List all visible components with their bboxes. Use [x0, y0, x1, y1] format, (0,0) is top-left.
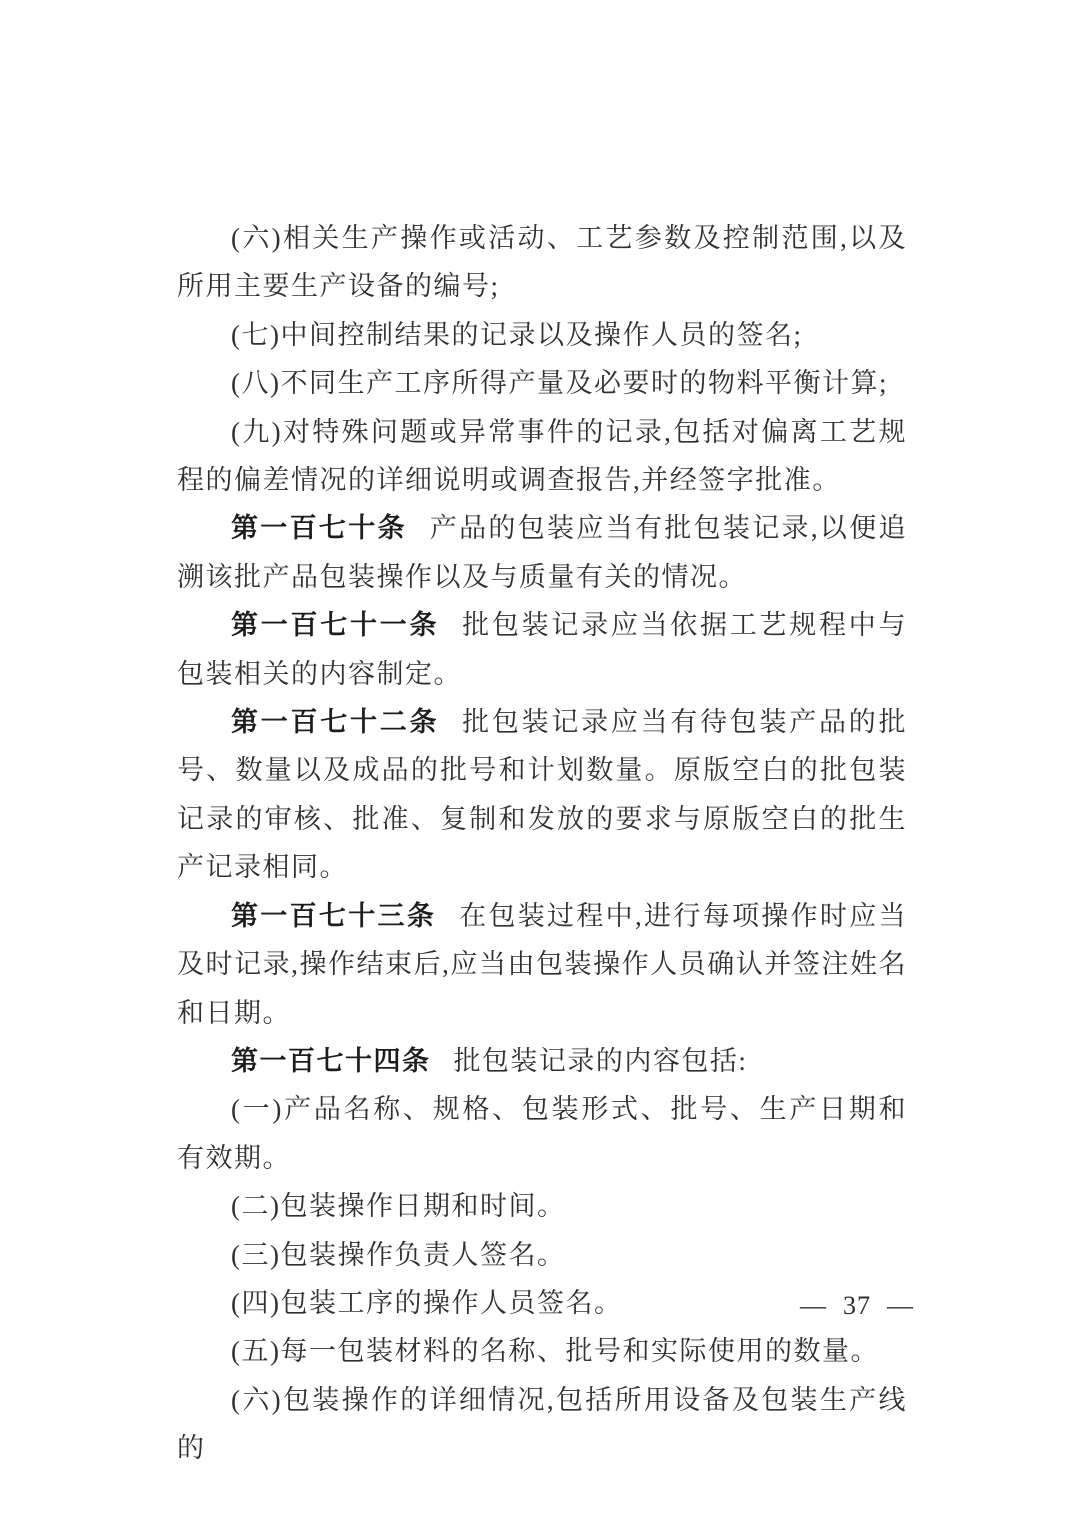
paragraph-text: (一)产品名称、规格、包装形式、批号、生产日期和有效期。	[177, 1094, 907, 1172]
paragraph-item-6: (六)相关生产操作或活动、工艺参数及控制范围,以及所用主要生产设备的编号;	[177, 214, 907, 311]
document-page: (六)相关生产操作或活动、工艺参数及控制范围,以及所用主要生产设备的编号; (七…	[0, 0, 1080, 1529]
paragraph-text: (五)每一包装材料的名称、批号和实际使用的数量。	[231, 1336, 879, 1366]
paragraph-article-172: 第一百七十二条批包装记录应当有待包装产品的批号、数量以及成品的批号和计划数量。原…	[177, 698, 907, 892]
page-number: —37—	[800, 1291, 914, 1321]
list-item-4: (四)包装工序的操作人员签名。	[177, 1279, 907, 1327]
paragraph-article-170: 第一百七十条产品的包装应当有批包装记录,以便追溯该批产品包装操作以及与质量有关的…	[177, 504, 907, 601]
paragraph-text: (四)包装工序的操作人员签名。	[231, 1288, 622, 1318]
paragraph-text: (九)对特殊问题或异常事件的记录,包括对偏离工艺规程的偏差情况的详细说明或调查报…	[177, 417, 907, 495]
paragraph-text: 批包装记录的内容包括:	[453, 1046, 747, 1076]
article-number-173: 第一百七十三条	[231, 901, 436, 931]
list-item-6: (六)包装操作的详细情况,包括所用设备及包装生产线的	[177, 1376, 907, 1473]
document-text-block: (六)相关生产操作或活动、工艺参数及控制范围,以及所用主要生产设备的编号; (七…	[177, 214, 907, 1473]
paragraph-article-173: 第一百七十三条在包装过程中,进行每项操作时应当及时记录,操作结束后,应当由包装操…	[177, 892, 907, 1037]
paragraph-item-8: (八)不同生产工序所得产量及必要时的物料平衡计算;	[177, 359, 907, 407]
paragraph-article-174: 第一百七十四条批包装记录的内容包括:	[177, 1037, 907, 1085]
list-item-3: (三)包装操作负责人签名。	[177, 1231, 907, 1279]
list-item-1: (一)产品名称、规格、包装形式、批号、生产日期和有效期。	[177, 1085, 907, 1182]
paragraph-item-9: (九)对特殊问题或异常事件的记录,包括对偏离工艺规程的偏差情况的详细说明或调查报…	[177, 408, 907, 505]
page-number-right-dash: —	[887, 1291, 914, 1321]
article-number-171: 第一百七十一条	[231, 610, 439, 640]
list-item-5: (五)每一包装材料的名称、批号和实际使用的数量。	[177, 1327, 907, 1375]
article-number-174: 第一百七十四条	[231, 1046, 431, 1076]
page-number-value: 37	[843, 1291, 871, 1321]
article-number-170: 第一百七十条	[231, 513, 407, 543]
paragraph-text: (三)包装操作负责人签名。	[231, 1240, 565, 1270]
paragraph-item-7: (七)中间控制结果的记录以及操作人员的签名;	[177, 311, 907, 359]
paragraph-text: (八)不同生产工序所得产量及必要时的物料平衡计算;	[231, 368, 888, 398]
list-item-2: (二)包装操作日期和时间。	[177, 1182, 907, 1230]
paragraph-text: (二)包装操作日期和时间。	[231, 1191, 565, 1221]
paragraph-article-171: 第一百七十一条批包装记录应当依据工艺规程中与包装相关的内容制定。	[177, 601, 907, 698]
paragraph-text: (七)中间控制结果的记录以及操作人员的签名;	[231, 320, 802, 350]
article-number-172: 第一百七十二条	[231, 707, 439, 737]
paragraph-text: (六)相关生产操作或活动、工艺参数及控制范围,以及所用主要生产设备的编号;	[177, 223, 907, 301]
paragraph-text: (六)包装操作的详细情况,包括所用设备及包装生产线的	[177, 1385, 907, 1463]
page-number-left-dash: —	[800, 1291, 827, 1321]
